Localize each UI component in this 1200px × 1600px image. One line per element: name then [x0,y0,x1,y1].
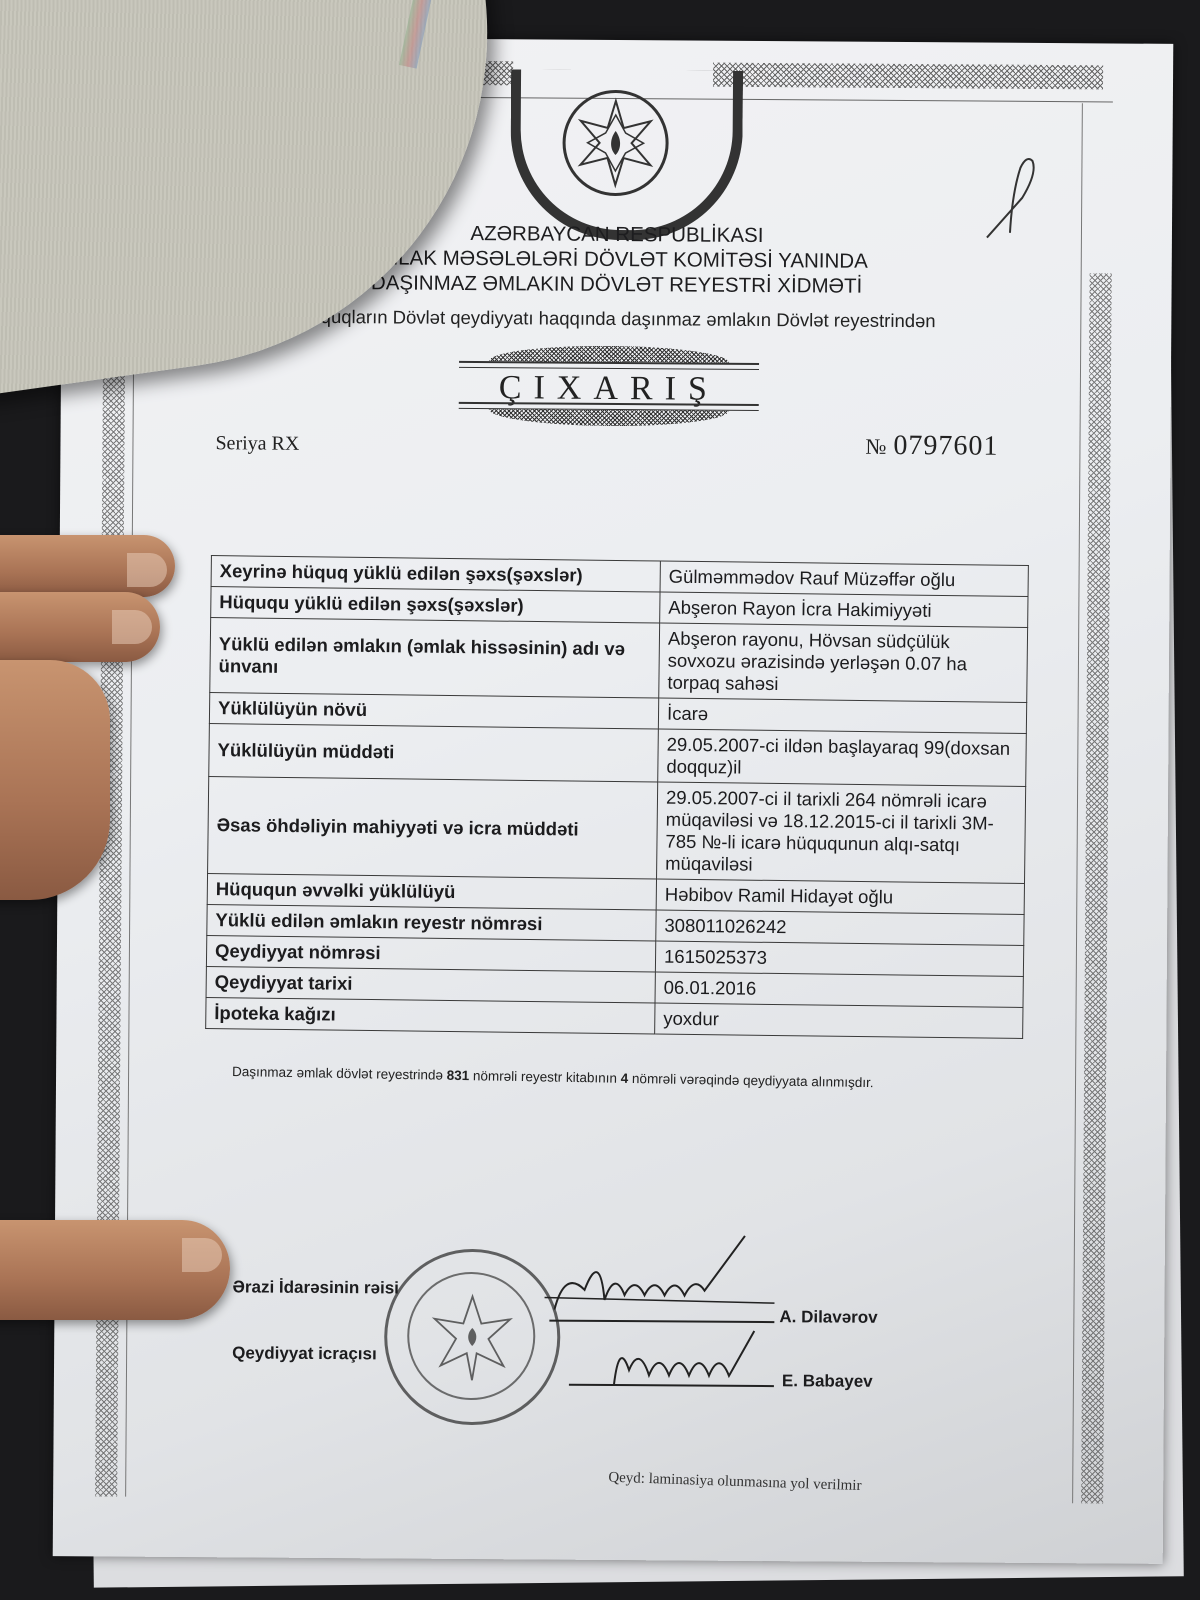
row-value: yoxdur [655,1003,1023,1038]
row-value: Həbibov Ramil Hidayət oğlu [656,879,1024,914]
ornament-top [489,345,729,363]
series-label: Seriya RX [215,432,299,456]
row-value: İcarə [658,698,1026,733]
finger [0,535,175,597]
signature-name-registrar: E. Babayev [782,1371,873,1392]
row-value: 06.01.2016 [655,972,1023,1007]
finger [0,592,160,662]
row-value: Gülməmmədov Rauf Müzəffər oğlu [660,561,1028,596]
row-value: 1615025373 [655,941,1023,976]
signature-role-head: Ərazi İdarəsinin rəisi [233,1277,399,1298]
row-value: 29.05.2007-ci ildən başlayaraq 99(doxsan… [658,729,1027,786]
row-value: 308011026242 [656,910,1024,945]
row-value: Abşeron Rayon İcra Hakimiyyəti [660,592,1028,627]
finger [0,660,110,900]
table-row: Yüklü edilən əmlakın (əmlak hissəsinin) … [210,618,1028,703]
border-rule [393,96,1113,102]
row-value: Abşeron rayonu, Hövsan südçülük sovxozu … [659,623,1028,702]
note-text: nömrəli vərəqində qeydiyyata alınmışdır. [628,1071,874,1090]
note-text: nömrəli reyestr kitabının [469,1068,621,1086]
guilloche-border-right [1081,273,1112,1503]
row-value: 29.05.2007-ci il tarixli 264 nömrəli ica… [657,782,1026,883]
coat-of-arms-icon [562,90,669,197]
note-text: Daşınmaz əmlak dövlət reyestrində [232,1064,447,1083]
row-label: Əsas öhdəliyin mahiyyəti və icra müddəti [208,777,658,879]
footer-note: Qeyd: laminasiya olunmasına yol verilmir [608,1470,862,1495]
signature-role-registrar: Qeydiyyat icraçısı [232,1343,377,1364]
signature-name-head: A. Dilavərov [779,1307,877,1328]
ornament-bottom [489,409,729,427]
document-number: №0797601 [865,430,998,463]
book-number: 831 [447,1068,470,1083]
signature-scrawl-icon [604,1320,784,1391]
row-label: İpoteka kağızı [206,998,655,1034]
table-row: Əsas öhdəliyin mahiyyəti və icra müddəti… [208,777,1026,884]
registry-table: Xeyrinə hüquq yüklü edilən şəxs(şəxslər)… [205,555,1029,1039]
number-sign: № [865,434,887,459]
row-label: Yüklü edilən əmlakın (əmlak hissəsinin) … [210,618,660,698]
signature-scrawl-icon [544,1230,775,1322]
official-seal-icon [384,1248,561,1425]
number-value: 0797601 [893,430,998,462]
registration-note: Daşınmaz əmlak dövlət reyestrində 831 nö… [232,1064,874,1090]
title-band: ÇIXARIŞ [459,345,760,427]
guilloche-border-top-right [713,63,1103,90]
row-label: Yüklülüyün müddəti [209,724,659,782]
thumb [0,1220,230,1320]
